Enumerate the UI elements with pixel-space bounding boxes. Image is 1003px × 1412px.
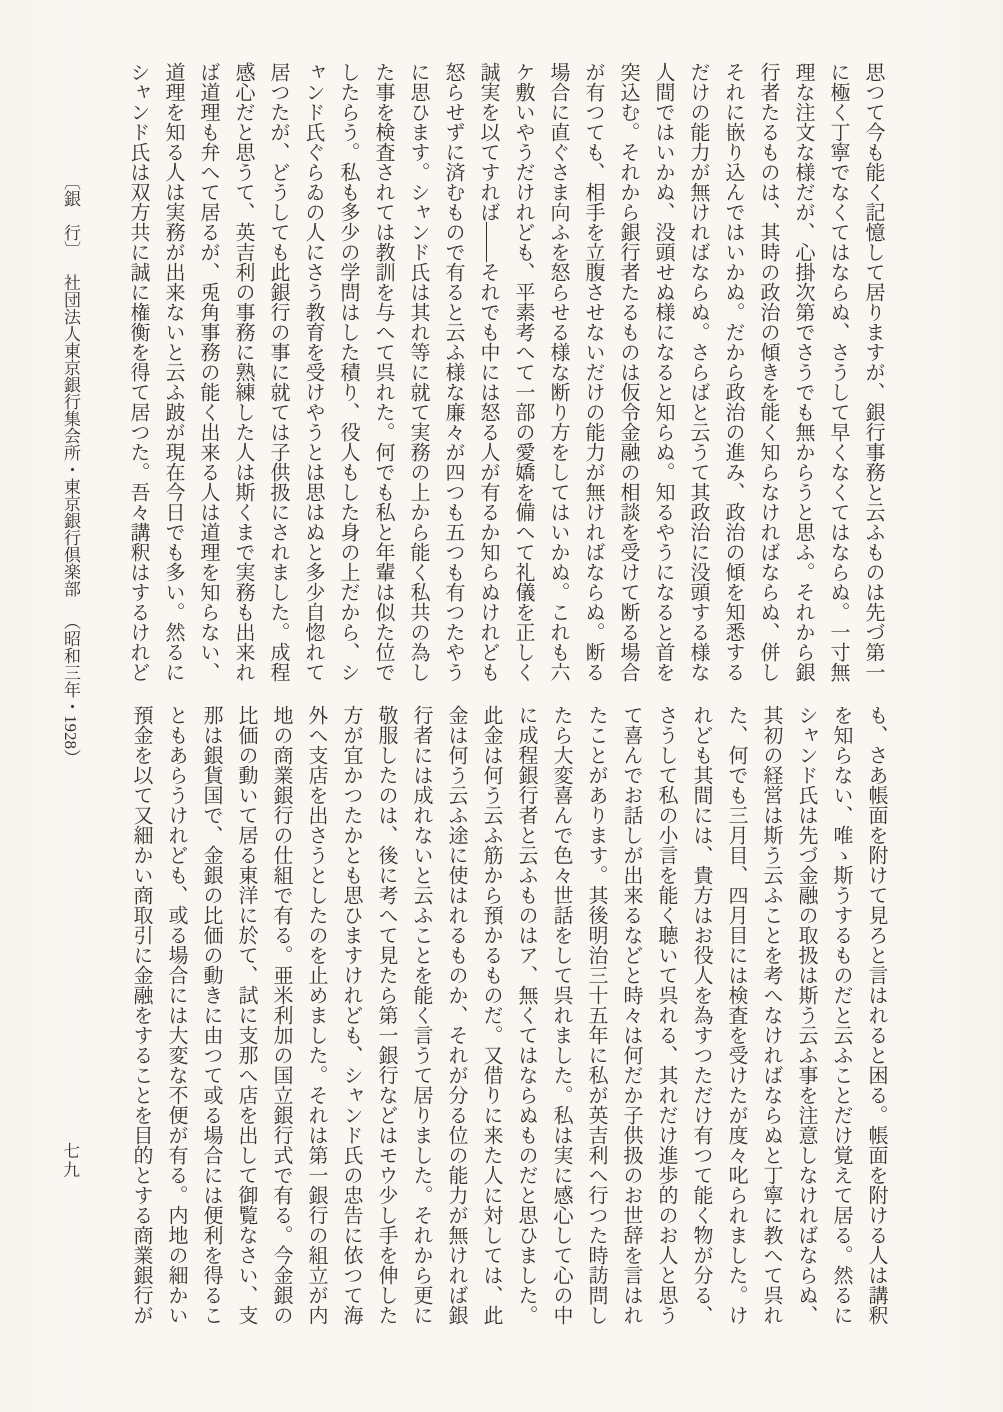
text-column: に極く丁寧でなくてはならぬ、さうして早くなくてはならぬ。一寸無 (820, 62, 855, 694)
text-column: も、さあ帳面を附けて見ろと言はれると困る。帳面を附ける人は講釈 (858, 705, 893, 1323)
date-note: （昭和三年・1928） (61, 613, 80, 766)
text-column: た、何でも三月目、四月目には検査を受けたが度々叱られました。け (718, 705, 753, 1323)
text-column: ば道理も弁へて居るが、兎角事務の能く出来る人は道理を知らない、 (190, 62, 225, 694)
text-column: 理な注文な様だが、心掛次第でさうでも無からうと思ふ。それから銀 (785, 62, 820, 694)
text-column: 比価の動いて居る東洋に於て、試に支那へ店を出して御覧なさい、支 (228, 705, 263, 1323)
text-column: 金は何う云ふ途に使はれるものか、それが分る位の能力が無ければ銀 (438, 705, 473, 1323)
text-column: 行者には成れないと云ふことを能く言うて居りました。それから更に (403, 705, 438, 1323)
text-column: 居つたが、どうしても此銀行の事に就ては子供扱にされました。成程 (260, 62, 295, 694)
text-column: た事を検査されては教訓を与へて呉れた。何でも私と年輩は似た位で (365, 62, 400, 694)
text-column: 預金を以て又細かい商取引に金融をすることを目的とする商業銀行が (123, 705, 158, 1323)
text-column: 誠実を以てすれば――それでも中には怒る人が有るか知らぬけれども (470, 62, 505, 694)
text-column: 外へ支店を出さうとしたのを止めました。それは第一銀行の組立が内 (298, 705, 333, 1323)
section-label: 〔銀 行〕 (61, 173, 80, 258)
text-column: を知らない、唯ゝ斯うするものだと云ふことだけ覚えて居る。然るに (823, 705, 858, 1323)
text-column: 思つて今も能く記憶して居りますが、銀行事務と云ふものは先づ第一 (855, 62, 890, 694)
text-column: ケ敷いやうだけれども、平素考へて一部の愛嬌を備へて礼儀を正しく (505, 62, 540, 694)
text-column: に成程銀行者と云ふものはア、無くてはならぬものだと思ひました。 (508, 705, 543, 1323)
section-heading: 〔銀 行〕社団法人東京銀行集会所・東京銀行倶楽部（昭和三年・1928） (55, 173, 85, 733)
text-column: シャンド氏は先づ金融の取扱は斯う云ふ事を注意しなければならぬ、 (788, 705, 823, 1323)
text-column: が有つても、相手を立腹させないだけの能力が無ければならぬ。断る (575, 62, 610, 694)
organization-name: 社団法人東京銀行集会所・東京銀行倶楽部 (61, 274, 80, 597)
text-column: 人間ではいかぬ、没頭せぬ様になると知らぬ。知るやうになると首を (645, 62, 680, 694)
text-column: さうして私の小言を能く聴いて呉れる、其れだけ進歩的のお人と思う (648, 705, 683, 1323)
bottom-text-block: も、さあ帳面を附けて見ろと言はれると困る。帳面を附ける人は講釈を知らない、唯ゝ斯… (123, 705, 893, 1323)
text-column: 行者たるものは、其時の政治の傾きを能く知らなければならぬ、併し (750, 62, 785, 694)
text-column: 突込む。それから銀行者たるものは仮令金融の相談を受けて断る場合 (610, 62, 645, 694)
text-column: 怒らせずに済むもので有ると云ふ様な廉々が四つも五つも有つたやう (435, 62, 470, 694)
text-column: て喜んでお話しが出来るなどと時々は何だか子供扱のお世辞を言はれ (613, 705, 648, 1323)
text-column: 方が宜かつたかとも思ひますけれども、シャンド氏の忠告に依つて海 (333, 705, 368, 1323)
text-column: 敬服したのは、後に考へて見たら第一銀行などはモウ少し手を伸した (368, 705, 403, 1323)
top-text-block: 思つて今も能く記憶して居りますが、銀行事務と云ふものは先づ第一に極く丁寧でなくて… (120, 62, 890, 694)
text-column: 感心だと思うて、英吉利の事務に熟練した人は斯くまで実務も出来れ (225, 62, 260, 694)
text-column: 場合に直ぐさま向ふを怒らせる様な断り方をしてはいかぬ。これも六 (540, 62, 575, 694)
text-column: ャンド氏ぐらゐの人にさう教育を受けやうとは思はぬと多少自惚れて (295, 62, 330, 694)
text-column: たら大変喜んで色々世話をして呉れました。私は実に感心して心の中 (543, 705, 578, 1323)
text-column: だけの能力が無ければならぬ。さらばと云うて其政治に没頭する様な (680, 62, 715, 694)
text-column: れども其間には、貴方はお役人を為すつただけ有つて能く物が分る、 (683, 705, 718, 1323)
text-column: 地の商業銀行の仕組で有る。亜米利加の国立銀行式で有る。今金銀の (263, 705, 298, 1323)
text-column: たことがあります。其後明治三十五年に私が英吉利へ行つた時訪問し (578, 705, 613, 1323)
text-column: 道理を知る人は実務が出来ないと云ふ跛が現在今日でも多い。然るに (155, 62, 190, 694)
text-column: シャンド氏は双方共に誠に権衡を得て居つた。吾々講釈はするけれど (120, 62, 155, 694)
text-column: ともあらうけれども、或る場合には大変な不便が有る。内地の細かい (158, 705, 193, 1323)
text-column: したらう。私も多少の学問はした積り、役人もした身の上だから、シ (330, 62, 365, 694)
text-column: 其初の経営は斯う云ふことを考へなければならぬと丁寧に教へて呉れ (753, 705, 788, 1323)
scanned-book-page: 思つて今も能く記憶して居りますが、銀行事務と云ふものは先づ第一に極く丁寧でなくて… (0, 0, 1003, 1412)
text-column: それに嵌り込んではいかぬ。だから政治の進み、政治の傾を知悉する (715, 62, 750, 694)
page-number: 七九 (57, 1142, 81, 1180)
text-column: に思ひます。シャンド氏は其れ等に就て実務の上から能く私共の為し (400, 62, 435, 694)
text-column: 那は銀貨国で、金銀の比価の動きに由つて或る場合には便利を得るこ (193, 705, 228, 1323)
text-column: 此金は何う云ふ筋から預かるものだ。又借りに来た人に対しては、此 (473, 705, 508, 1323)
